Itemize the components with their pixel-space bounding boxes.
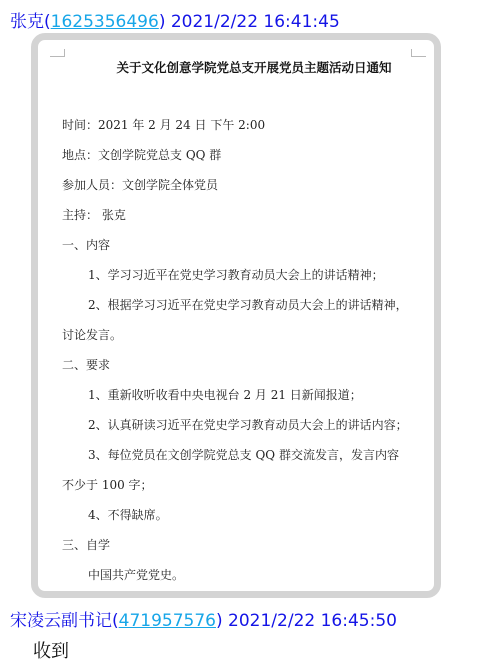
sender-qq-link[interactable]: 1625356496 — [51, 12, 159, 32]
doc-line: 1、重新收听收看中央电视台 2 月 21 日新闻报道； — [88, 386, 362, 403]
message-text: 收到 — [33, 637, 69, 663]
document-title: 关于文化创意学院党总支开展党员主题活动日通知 — [84, 58, 424, 76]
message-timestamp: 2021/2/22 16:45:50 — [228, 611, 397, 631]
doc-line-location: 地点：文创学院党总支 QQ 群 — [62, 146, 221, 163]
message-timestamp: 2021/2/22 16:41:45 — [171, 12, 340, 32]
doc-line: 不少于 100 字； — [62, 476, 153, 493]
doc-line-host: 主持： 张克 — [62, 206, 126, 223]
paren-open: ( — [112, 611, 119, 631]
page-corner-mark — [50, 49, 65, 57]
image-attachment[interactable]: 关于文化创意学院党总支开展党员主题活动日通知 时间：2021 年 2 月 24 … — [31, 33, 441, 598]
doc-line: 3、每位党员在文创学院党总支 QQ 群交流发言，发言内容 — [88, 446, 399, 463]
page-corner-mark — [411, 49, 426, 57]
message-header: 张克(1625356496) 2021/2/22 16:41:45 — [10, 7, 340, 32]
doc-line: 1、学习习近平在党史学习教育动员大会上的讲话精神； — [88, 266, 384, 283]
doc-line: 2、根据学习习近平在党史学习教育动员大会上的讲话精神， — [88, 296, 408, 313]
doc-section-content: 一、内容 — [62, 236, 110, 253]
doc-line: 4、不得缺席。 — [88, 506, 168, 523]
paren-close: ) — [216, 611, 223, 631]
paren-close: ) — [159, 12, 166, 32]
sender-name: 宋凌云副书记 — [10, 611, 112, 631]
doc-line-time: 时间：2021 年 2 月 24 日 下午 2:00 — [62, 116, 265, 133]
doc-section-requirements: 二、要求 — [62, 356, 110, 373]
doc-line: 2、认真研读习近平在党史学习教育动员大会上的讲话内容； — [88, 416, 408, 433]
doc-line: 中国共产党党史。 — [88, 566, 184, 583]
message-header: 宋凌云副书记(471957576) 2021/2/22 16:45:50 — [10, 606, 397, 631]
doc-line: 讨论发言。 — [62, 326, 122, 343]
paren-open: ( — [44, 12, 51, 32]
doc-section-selfstudy: 三、自学 — [62, 536, 110, 553]
sender-qq-link[interactable]: 471957576 — [119, 611, 216, 631]
sender-name: 张克 — [10, 12, 44, 32]
doc-line-participants: 参加人员：文创学院全体党员 — [62, 176, 218, 193]
